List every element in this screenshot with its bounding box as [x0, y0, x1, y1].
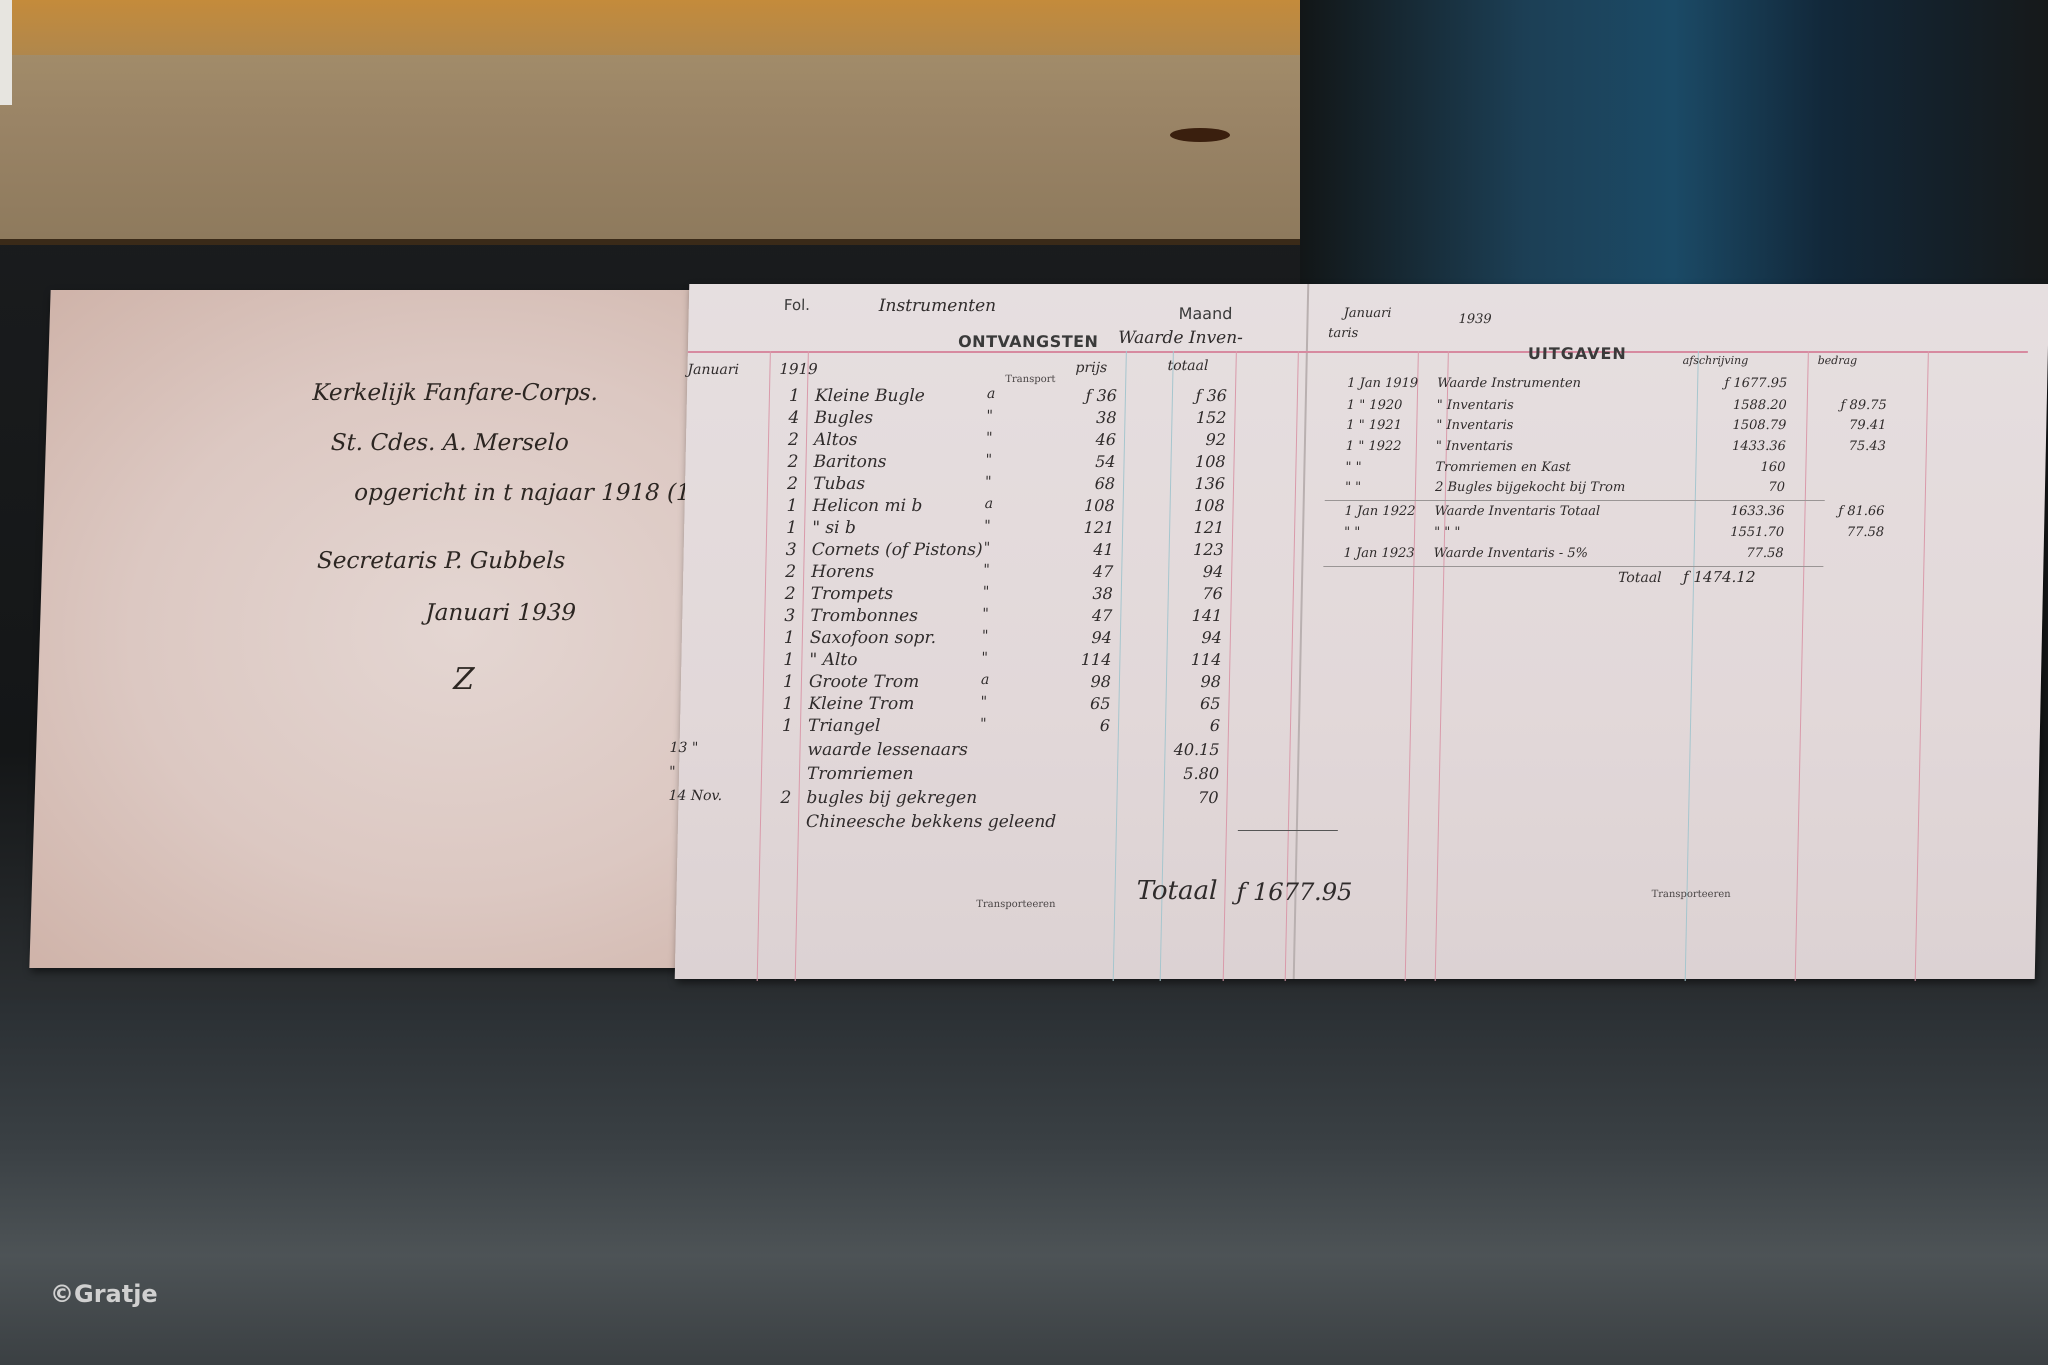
inscription-page: Kerkelijk Fanfare-Corps. St. Cdes. A. Me… [29, 290, 750, 968]
ledger-row: 2Baritons"54108 [685, 452, 1305, 472]
uitgaven-row: 1 Jan 1923Waarde Inventaris - 5%77.58 [1323, 546, 2023, 568]
date-header: Januari [687, 362, 739, 378]
uitgaven-row: " "Tromriemen en Kast160 [1325, 460, 2025, 482]
wall-strip [0, 0, 12, 105]
ledger-row: "Tromriemen5.80 [679, 764, 1299, 784]
uitgaven-row: 1 Jan 1919Waarde Instrumentenƒ 1677.95 [1327, 376, 2027, 398]
transport-label: Transport [1005, 374, 1055, 385]
uitgaven-row: 1 " 1922" Inventaris1433.3675.43 [1326, 439, 2026, 461]
uitgaven-rule [1323, 566, 1823, 567]
column-header-afschrijving: afschrijving [1683, 354, 1749, 367]
ontvangsten-subject: Waarde Inven- [1118, 328, 1243, 348]
ledger-row: 1Triangel"66 [680, 716, 1300, 736]
sum-rule [1238, 830, 1338, 831]
ledger-row: 1 " si b"121121 [684, 518, 1304, 538]
ontvangsten-totaal-label: Totaal [1136, 876, 1217, 906]
inscription-line: Kerkelijk Fanfare-Corps. [312, 380, 598, 408]
column-header-prijs: prijs [1075, 360, 1107, 376]
uitgaven-row: 1 " 1920" Inventaris1588.20ƒ 89.75 [1326, 398, 2026, 420]
ledger-row: 3Trombonnes"47141 [682, 606, 1302, 626]
column-header-totaal: totaal [1167, 358, 1208, 374]
uitgaven-heading: UITGAVEN [1528, 344, 1627, 363]
ledger-row: 14 Nov.2bugles bij gekregen70 [678, 788, 1298, 808]
uitgaven-row: 1 Jan 1922Waarde Inventaris Totaal1633.3… [1324, 504, 2024, 526]
ledger-row: 13 "waarde lessenaars40.15 [679, 740, 1299, 760]
ledger-row: 1Helicon mi ba108108 [684, 496, 1304, 516]
inscription-line: Januari 1939 [425, 600, 576, 628]
fol-value: Instrumenten [879, 296, 997, 316]
ledger-row: 2Tubas"68136 [685, 474, 1305, 494]
wooden-display-box [0, 0, 1300, 245]
ontvangsten-heading: ONTVANGSTEN [958, 332, 1099, 351]
display-case-glass [0, 1000, 2048, 1365]
year-header: 1919 [779, 360, 818, 378]
maand-value: Januari [1344, 306, 1392, 321]
maand-year: 1939 [1458, 312, 1491, 327]
uitgaven-row: 1 " 1921" Inventaris1508.7979.41 [1326, 418, 2026, 440]
ledger-row: 2Horens"4794 [683, 562, 1303, 582]
uitgaven-totaal-value: ƒ 1474.12 [1683, 568, 1756, 586]
inscription-mark: Z [453, 662, 475, 698]
fol-label: Fol. [784, 296, 811, 314]
copyright-watermark: ©Gratje [50, 1280, 158, 1308]
uitgaven-row: " "2 Bugles bijgekocht bij Trom70 [1325, 480, 2025, 502]
wood-knot [1170, 128, 1230, 142]
ledger-row: 1 " Alto"114114 [681, 650, 1301, 670]
ledger-row: 2Altos"4692 [686, 430, 1306, 450]
ledger-row: 1Kleine Trom"6565 [680, 694, 1300, 714]
transporteeren-left: Transporteeren [976, 899, 1055, 910]
ledger-row: 1Saxofoon sopr."9494 [682, 628, 1302, 648]
header-rule [688, 351, 2028, 353]
ledger-row: 2Trompets"3876 [683, 584, 1303, 604]
inscription-line: St. Cdes. A. Merselo [330, 430, 569, 458]
inscription-line: Secretaris P. Gubbels [317, 548, 566, 576]
transporteeren-right: Transporteeren [1651, 889, 1730, 900]
column-header-bedrag: bedrag [1818, 354, 1858, 367]
maand-label: Maand [1178, 304, 1232, 323]
glass-reflection [1300, 0, 2048, 300]
ledger-row: 4Bugles"38152 [686, 408, 1306, 428]
ledger-row: 1Groote Troma9898 [681, 672, 1301, 692]
uitgaven-totaal-label: Totaal [1618, 570, 1662, 586]
ledger-row: 3Cornets (of Pistons)"41123 [683, 540, 1303, 560]
ledger-sheet: Fol. Instrumenten Maand ONTVANGSTEN Waar… [675, 284, 2048, 979]
ledger-row: 1Kleine Bugleaƒ 36ƒ 36 [687, 386, 1307, 406]
ontvangsten-subject-cont: taris [1328, 326, 1358, 341]
uitgaven-row: " "" " "1551.7077.58 [1324, 525, 2024, 547]
ontvangsten-totaal-value: ƒ 1677.95 [1236, 878, 1352, 906]
ledger-row: Chineesche bekkens geleend [678, 812, 1298, 832]
uitgaven-rule [1325, 500, 1825, 501]
wood-top-edge [0, 0, 1300, 55]
